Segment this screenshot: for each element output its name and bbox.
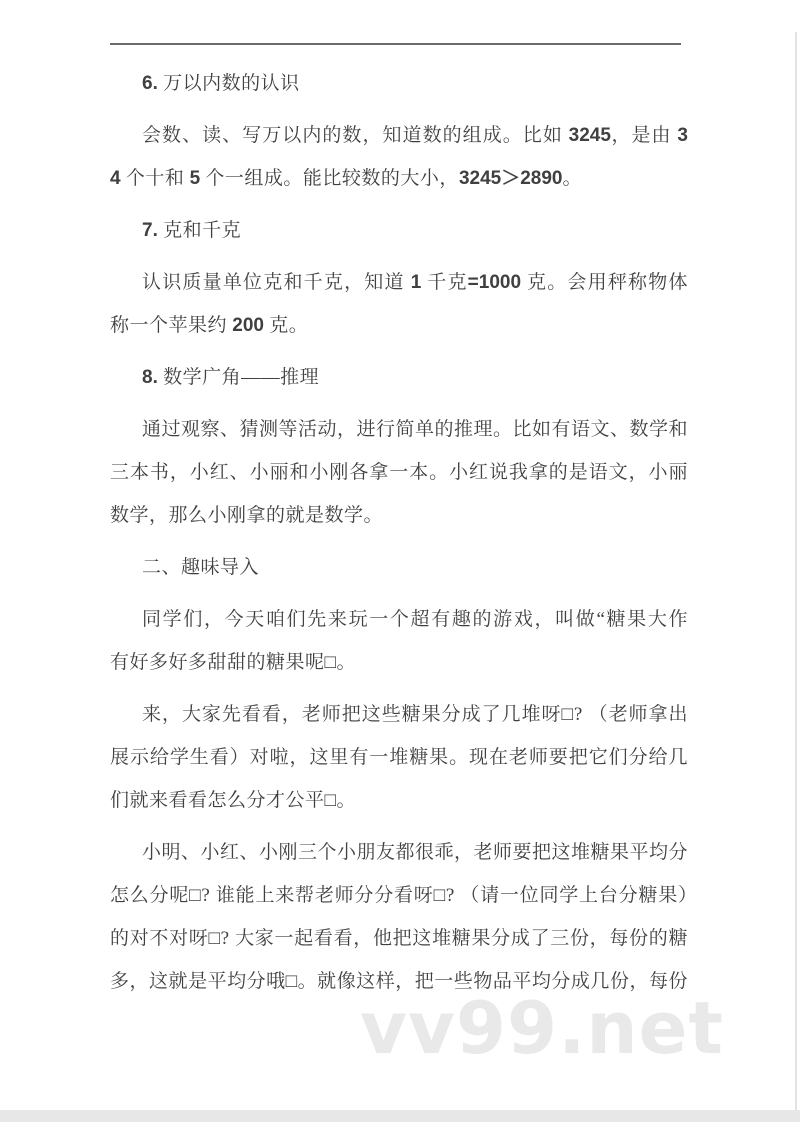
paragraph: 来，大家先看看，老师把这些糖果分成了几堆呀□? （老师拿出一堆糖果，展示给学生看… [110,693,688,822]
text-line: 小明、小红、小刚三个小朋友都很乖，老师要把这堆糖果平均分给他们，该 [110,831,688,874]
text-line: 7. 克和千克 [110,209,688,252]
page-right-edge [795,32,797,1110]
heading: 8. 数学广角——推理 [110,356,688,399]
paragraph: 小明、小红、小刚三个小朋友都很乖，老师要把这堆糖果平均分给他们，该怎么分呢□? … [110,831,688,1003]
heading: 7. 克和千克 [110,209,688,252]
document-body: 6. 万以内数的认识会数、读、写万以内的数，知道数的组成。比如 3245，是由 … [110,62,688,1012]
text-line: 同学们，今天咱们先来玩一个超有趣的游戏，叫做“糖果大作战”！老师这儿 [110,598,688,641]
text-line: 们就来看看怎么分才公平□。 [110,779,688,822]
heading: 6. 万以内数的认识 [110,62,688,105]
text-line: 认识质量单位克和千克，知道 1 千克=1000 克。会用秤称物体的质量，比如 [110,261,688,304]
text-line: 称一个苹果约 200 克。 [110,304,688,347]
text-line: 来，大家先看看，老师把这些糖果分成了几堆呀□? （老师拿出一堆糖果， [110,693,688,736]
header-rule [110,43,681,45]
text-line: 4 个十和 5 个一组成。能比较数的大小，3245＞2890。 [110,157,688,200]
watermark: vv99.net [360,992,724,1064]
paragraph: 会数、读、写万以内的数，知道数的组成。比如 3245，是由 3 个千、2 个百、… [110,114,688,200]
heading: 二、趣味导入 [110,546,688,589]
paragraph: 通过观察、猜测等活动，进行简单的推理。比如有语文、数学和品德与生活三本书，小红、… [110,408,688,537]
text-line: 二、趣味导入 [110,546,688,589]
text-line: 6. 万以内数的认识 [110,62,688,105]
text-line: 8. 数学广角——推理 [110,356,688,399]
page-break-gap [0,1110,800,1122]
text-line: 怎么分呢□? 谁能上来帮老师分分看呀□? （请一位同学上台分糖果）这位同学分 [110,874,688,917]
paragraph: 认识质量单位克和千克，知道 1 千克=1000 克。会用秤称物体的质量，比如称一… [110,261,688,347]
document-page: 6. 万以内数的认识会数、读、写万以内的数，知道数的组成。比如 3245，是由 … [0,0,800,1137]
text-line: 的对不对呀□? 大家一起看看，他把这堆糖果分成了三份，每份的糖果数量一样 [110,917,688,960]
text-line: 会数、读、写万以内的数，知道数的组成。比如 3245，是由 3 个千、2 个百、 [110,114,688,157]
text-line: 展示给学生看）对啦，这里有一堆糖果。现在老师要把它们分给几个小朋友，咱 [110,736,688,779]
text-line: 通过观察、猜测等活动，进行简单的推理。比如有语文、数学和品德与生活 [110,408,688,451]
text-line: 有好多好多甜甜的糖果呢□。 [110,641,688,684]
text-line: 三本书，小红、小丽和小刚各拿一本。小红说我拿的是语文，小丽说我拿的不是 [110,451,688,494]
paragraph: 同学们，今天咱们先来玩一个超有趣的游戏，叫做“糖果大作战”！老师这儿有好多好多甜… [110,598,688,684]
text-line: 数学，那么小刚拿的就是数学。 [110,494,688,537]
